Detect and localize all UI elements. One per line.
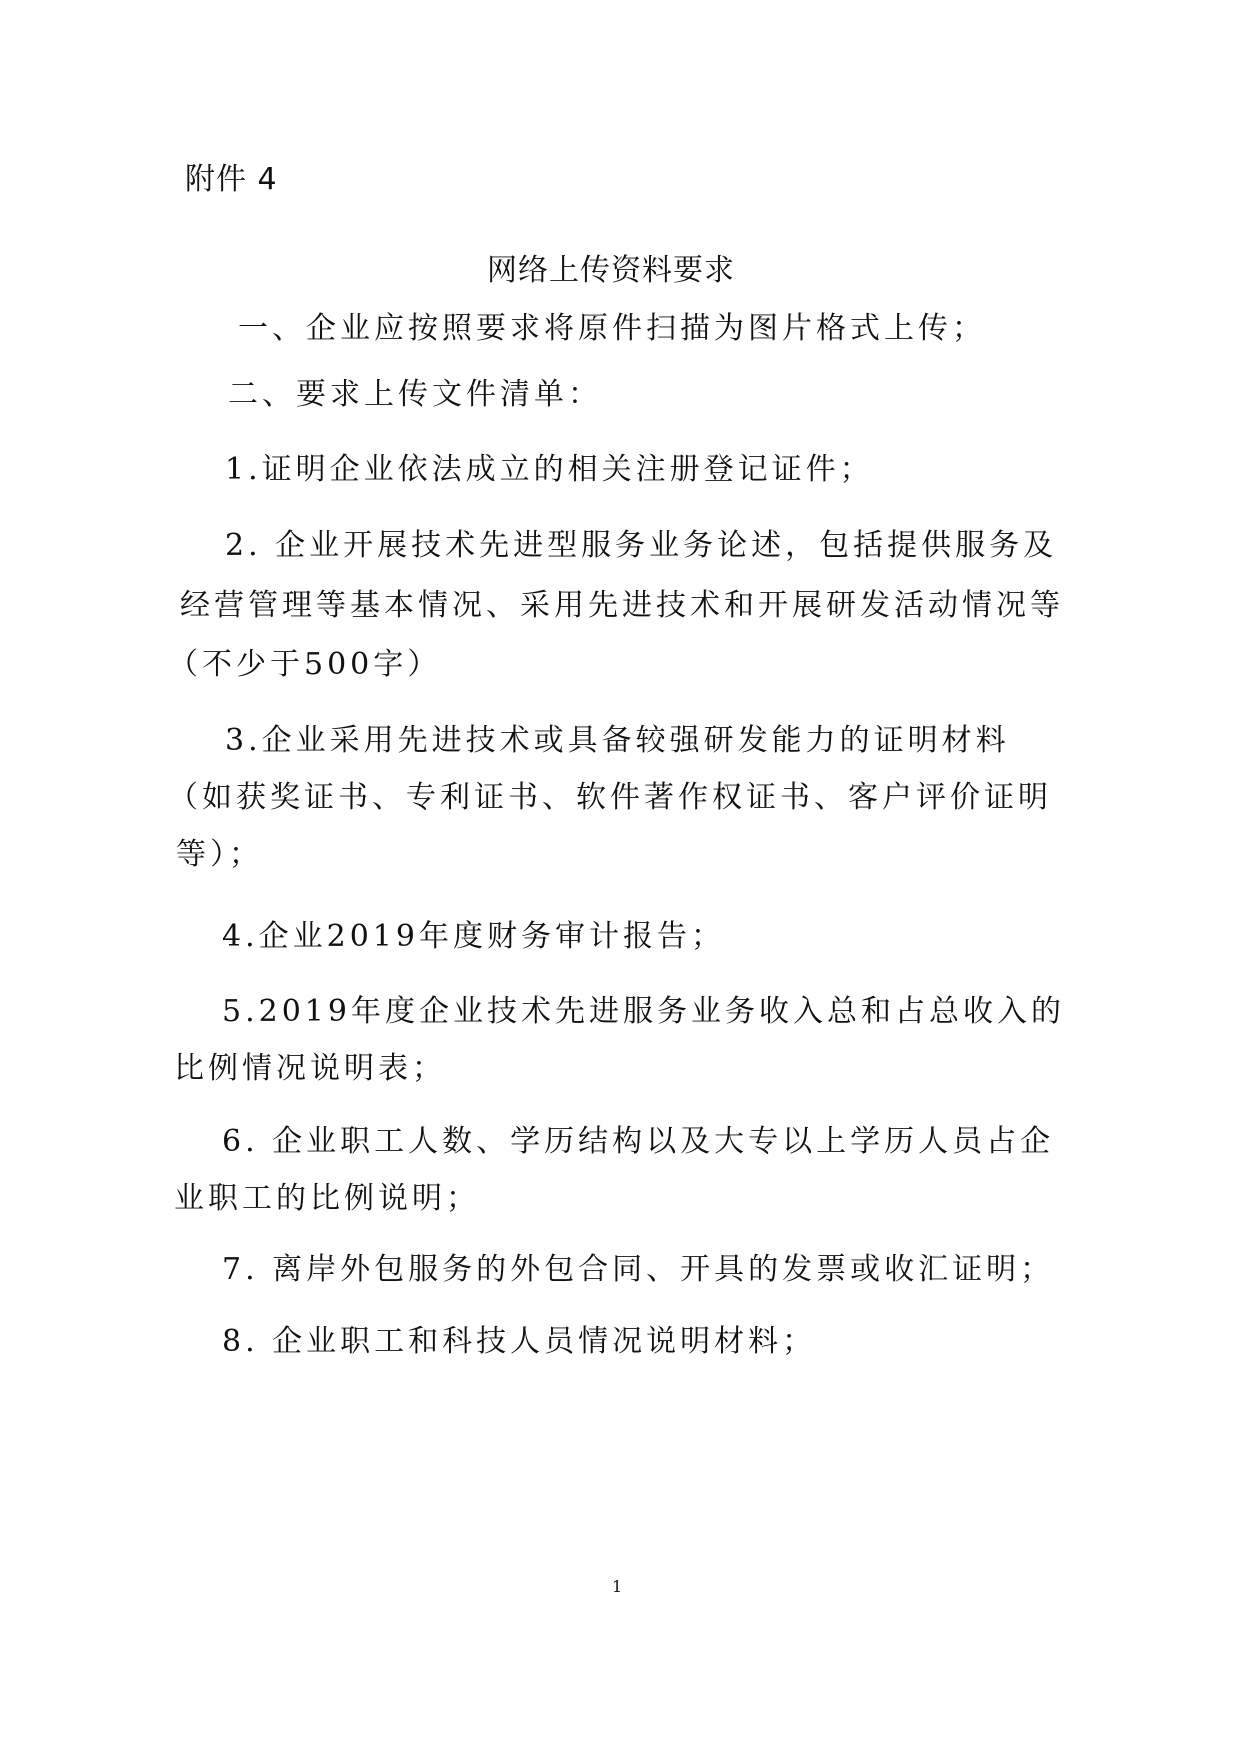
section-one: 一、企业应按照要求将原件扫描为图片格式上传；	[238, 312, 986, 346]
list-item-1: 1.证明企业依法成立的相关注册登记证件；	[225, 453, 874, 487]
list-item-5-line-2: 比例情况说明表；	[174, 1052, 446, 1086]
document-page: 附件 4 网络上传资料要求 一、企业应按照要求将原件扫描为图片格式上传； 二、要…	[0, 0, 1241, 1754]
list-item-6-line-1: 6. 企业职工人数、学历结构以及大专以上学历人员占企	[222, 1125, 1054, 1159]
attachment-label: 附件 4	[185, 163, 278, 197]
list-item-4: 4.企业2019年度财务审计报告；	[222, 920, 725, 954]
list-item-8: 8. 企业职工和科技人员情况说明材料；	[222, 1325, 816, 1359]
list-item-2-line-3: （不少于500字）	[168, 648, 441, 682]
list-item-2-line-2: 经营管理等基本情况、采用先进技术和开展研发活动情况等	[180, 589, 1064, 623]
list-item-3-line-2: （如获奖证书、专利证书、软件著作权证书、客户评价证明	[168, 781, 1052, 815]
list-item-3-line-3: 等）；	[176, 838, 263, 872]
list-item-3-line-1: 3.企业采用先进技术或具备较强研发能力的证明材料	[225, 724, 1010, 758]
section-two: 二、要求上传文件清单：	[228, 378, 602, 412]
list-item-2-line-1: 2. 企业开展技术先进型服务业务论述，包括提供服务及	[225, 529, 1057, 563]
document-title: 网络上传资料要求	[487, 254, 735, 288]
list-item-5-line-1: 5.2019年度企业技术先进服务业务收入总和占总收入的	[222, 995, 1065, 1029]
list-item-6-line-2: 业职工的比例说明；	[174, 1182, 480, 1216]
page-number: 1	[612, 1570, 622, 1604]
list-item-7: 7. 离岸外包服务的外包合同、开具的发票或收汇证明；	[222, 1253, 1054, 1287]
